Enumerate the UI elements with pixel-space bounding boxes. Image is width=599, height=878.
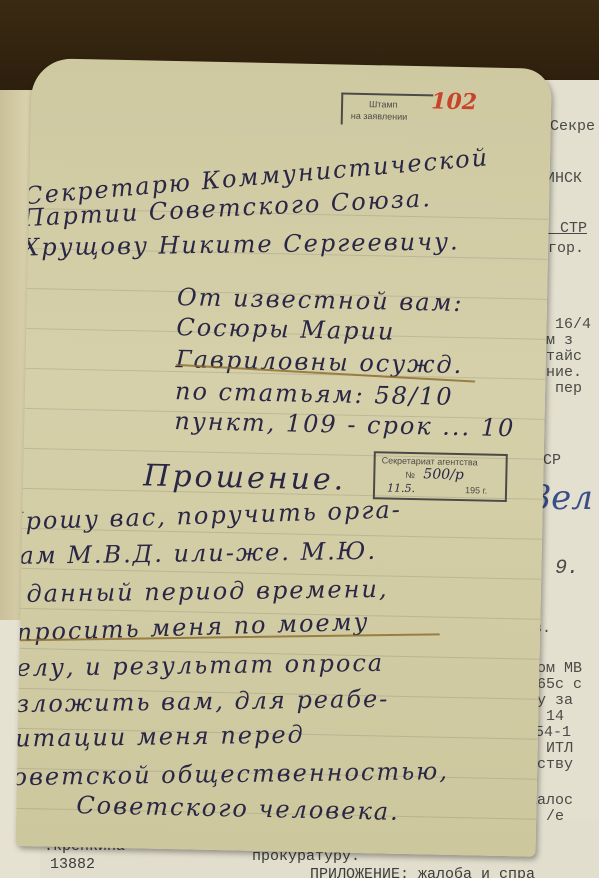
body-line: литации меня перед xyxy=(15,721,304,753)
handwritten-petition-page: Штамп на заявлении 102 Секретарю Коммуни… xyxy=(15,58,551,857)
header-stamp: Штамп на заявлении xyxy=(341,92,434,126)
body-line: советской общественностью, xyxy=(15,757,449,791)
stamp-fragment: 9. xyxy=(555,560,579,577)
body-line: в данный период времени, xyxy=(15,575,388,608)
typed-line: гор. xyxy=(548,240,584,257)
typed-line: 54-1 xyxy=(535,724,571,741)
typed-line: 13882 xyxy=(50,856,95,873)
sender-line: пункт, 109 - срок ... 10 xyxy=(174,407,515,442)
body-line: делу, и результат опроса xyxy=(15,649,384,682)
sender-line: Гавриловны осужд. xyxy=(175,345,463,379)
typed-line: ПРИЛОЖЕНИЕ: жалоба и спра xyxy=(310,866,535,878)
page-number-red: 102 xyxy=(431,88,477,115)
body-line: нам М.В.Д. или-же. М.Ю. xyxy=(15,537,377,570)
registration-stamp: Секретариат агентства № 500/р 11.5. 195 … xyxy=(373,451,508,502)
body-line: Прошу вас, поручить орга- xyxy=(15,495,402,536)
sender-line: по статьям: 58/10 xyxy=(175,377,454,411)
body-line: изложить вам, для реабе- xyxy=(15,685,389,718)
typed-line: Секре xyxy=(550,118,595,135)
body-line: опросить меня по моему xyxy=(15,608,369,648)
petition-title: Прошение. xyxy=(143,458,347,497)
sender-line: Сосюры Марии xyxy=(176,313,396,346)
sender-line: От известной вам: xyxy=(177,283,464,317)
body-line: Советского человека. xyxy=(76,791,400,826)
